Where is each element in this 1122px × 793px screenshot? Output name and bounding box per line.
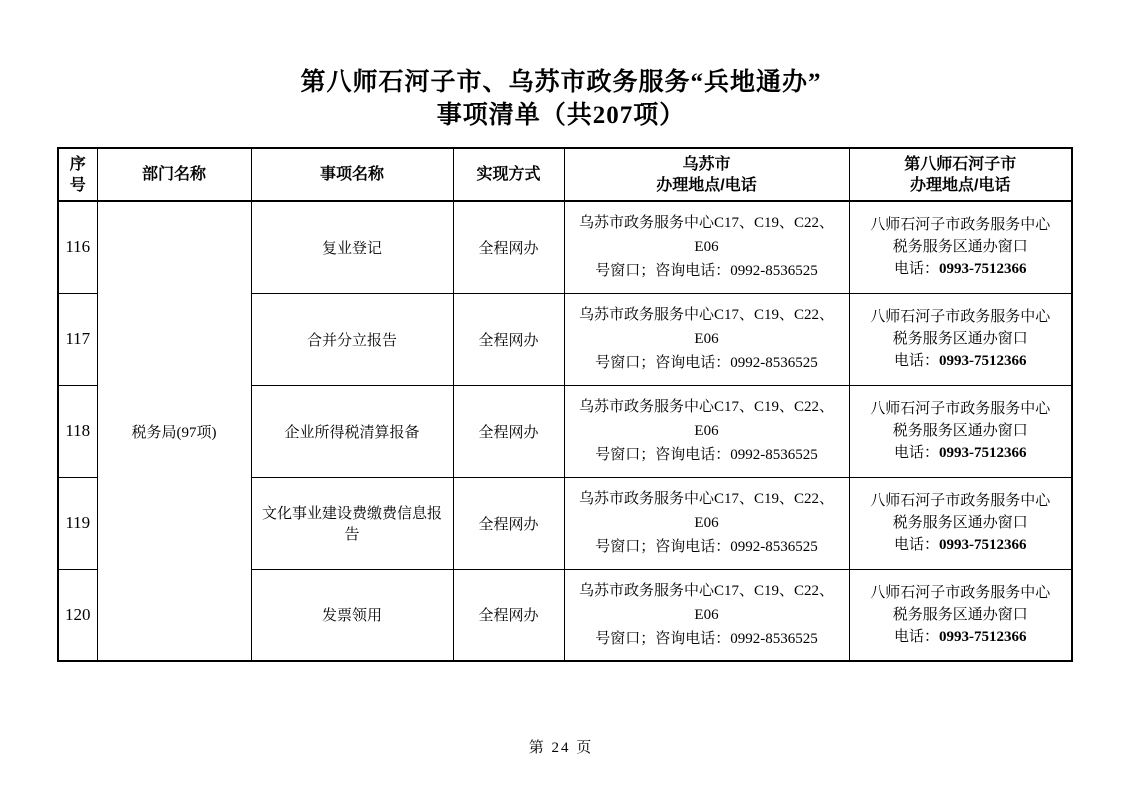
shihezi-line3: 电话：0993-7512366 <box>854 350 1068 372</box>
item-name-cell: 合并分立报告 <box>251 293 453 385</box>
column-header-shihezi-line1: 第八师石河子市 <box>854 154 1068 175</box>
shihezi-line1: 八师石河子市政务服务中心 <box>854 490 1068 512</box>
page-title-line1: 第八师石河子市、乌苏市政务服务“兵地通办” <box>0 66 1122 99</box>
wusu-line2: 号窗口；咨询电话：0992-8536525 <box>569 351 845 375</box>
method-cell: 全程网办 <box>453 477 564 569</box>
shihezi-line2: 税务服务区通办窗口 <box>854 512 1068 534</box>
shihezi-line2: 税务服务区通办窗口 <box>854 420 1068 442</box>
shihezi-line3: 电话：0993-7512366 <box>854 626 1068 648</box>
wusu-location-cell: 乌苏市政务服务中心C17、C19、C22、E06 号窗口；咨询电话：0992-8… <box>564 569 849 661</box>
document-page: 第八师石河子市、乌苏市政务服务“兵地通办” 事项清单（共207项） 序号 部门名… <box>0 0 1122 793</box>
shihezi-location-cell: 八师石河子市政务服务中心 税务服务区通办窗口 电话：0993-7512366 <box>849 293 1072 385</box>
wusu-line2: 号窗口；咨询电话：0992-8536525 <box>569 259 845 283</box>
page-title-line2: 事项清单（共207项） <box>0 99 1122 132</box>
wusu-line1: 乌苏市政务服务中心C17、C19、C22、E06 <box>569 579 845 627</box>
phone-number: 0993-7512366 <box>939 261 1027 277</box>
row-index: 117 <box>58 293 97 385</box>
method-cell: 全程网办 <box>453 385 564 477</box>
column-header-shihezi: 第八师石河子市 办理地点/电话 <box>849 148 1072 201</box>
row-index: 118 <box>58 385 97 477</box>
column-header-department: 部门名称 <box>97 148 251 201</box>
phone-label: 电话： <box>894 629 939 645</box>
wusu-line1: 乌苏市政务服务中心C17、C19、C22、E06 <box>569 211 845 259</box>
phone-label: 电话： <box>894 445 939 461</box>
phone-number: 0993-7512366 <box>939 629 1027 645</box>
wusu-location-cell: 乌苏市政务服务中心C17、C19、C22、E06 号窗口；咨询电话：0992-8… <box>564 201 849 293</box>
wusu-line2: 号窗口；咨询电话：0992-8536525 <box>569 535 845 559</box>
table-row: 116 税务局(97项) 复业登记 全程网办 乌苏市政务服务中心C17、C19、… <box>58 201 1072 293</box>
wusu-location-cell: 乌苏市政务服务中心C17、C19、C22、E06 号窗口；咨询电话：0992-8… <box>564 477 849 569</box>
shihezi-location-cell: 八师石河子市政务服务中心 税务服务区通办窗口 电话：0993-7512366 <box>849 385 1072 477</box>
shihezi-line2: 税务服务区通办窗口 <box>854 604 1068 626</box>
phone-label: 电话： <box>894 261 939 277</box>
item-name-cell: 发票领用 <box>251 569 453 661</box>
department-cell: 税务局(97项) <box>97 201 251 661</box>
shihezi-line1: 八师石河子市政务服务中心 <box>854 398 1068 420</box>
column-header-wusu-line1: 乌苏市 <box>569 154 845 175</box>
column-header-index: 序号 <box>58 148 97 201</box>
wusu-line1: 乌苏市政务服务中心C17、C19、C22、E06 <box>569 487 845 535</box>
phone-number: 0993-7512366 <box>939 445 1027 461</box>
page-title: 第八师石河子市、乌苏市政务服务“兵地通办” 事项清单（共207项） <box>0 66 1122 132</box>
wusu-line1: 乌苏市政务服务中心C17、C19、C22、E06 <box>569 395 845 443</box>
method-cell: 全程网办 <box>453 569 564 661</box>
page-footer: 第 24 页 <box>0 736 1122 757</box>
shihezi-line1: 八师石河子市政务服务中心 <box>854 214 1068 236</box>
column-header-method: 实现方式 <box>453 148 564 201</box>
shihezi-line1: 八师石河子市政务服务中心 <box>854 582 1068 604</box>
shihezi-location-cell: 八师石河子市政务服务中心 税务服务区通办窗口 电话：0993-7512366 <box>849 569 1072 661</box>
method-cell: 全程网办 <box>453 201 564 293</box>
phone-label: 电话： <box>894 537 939 553</box>
shihezi-line1: 八师石河子市政务服务中心 <box>854 306 1068 328</box>
column-header-wusu-line2: 办理地点/电话 <box>569 175 845 196</box>
shihezi-line3: 电话：0993-7512366 <box>854 442 1068 464</box>
shihezi-line3: 电话：0993-7512366 <box>854 258 1068 280</box>
table-header-row: 序号 部门名称 事项名称 实现方式 乌苏市 办理地点/电话 第八师石河子市 办理… <box>58 148 1072 201</box>
column-header-item: 事项名称 <box>251 148 453 201</box>
row-index: 116 <box>58 201 97 293</box>
wusu-line2: 号窗口；咨询电话：0992-8536525 <box>569 627 845 651</box>
service-items-table: 序号 部门名称 事项名称 实现方式 乌苏市 办理地点/电话 第八师石河子市 办理… <box>57 147 1073 662</box>
shihezi-line2: 税务服务区通办窗口 <box>854 236 1068 258</box>
shihezi-line3: 电话：0993-7512366 <box>854 534 1068 556</box>
item-name-cell: 复业登记 <box>251 201 453 293</box>
item-name-cell: 企业所得税清算报备 <box>251 385 453 477</box>
item-name-cell: 文化事业建设费缴费信息报告 <box>251 477 453 569</box>
shihezi-line2: 税务服务区通办窗口 <box>854 328 1068 350</box>
method-cell: 全程网办 <box>453 293 564 385</box>
phone-label: 电话： <box>894 353 939 369</box>
column-header-shihezi-line2: 办理地点/电话 <box>854 175 1068 196</box>
shihezi-location-cell: 八师石河子市政务服务中心 税务服务区通办窗口 电话：0993-7512366 <box>849 477 1072 569</box>
wusu-line1: 乌苏市政务服务中心C17、C19、C22、E06 <box>569 303 845 351</box>
phone-number: 0993-7512366 <box>939 353 1027 369</box>
wusu-location-cell: 乌苏市政务服务中心C17、C19、C22、E06 号窗口；咨询电话：0992-8… <box>564 293 849 385</box>
wusu-location-cell: 乌苏市政务服务中心C17、C19、C22、E06 号窗口；咨询电话：0992-8… <box>564 385 849 477</box>
column-header-wusu: 乌苏市 办理地点/电话 <box>564 148 849 201</box>
wusu-line2: 号窗口；咨询电话：0992-8536525 <box>569 443 845 467</box>
shihezi-location-cell: 八师石河子市政务服务中心 税务服务区通办窗口 电话：0993-7512366 <box>849 201 1072 293</box>
row-index: 120 <box>58 569 97 661</box>
phone-number: 0993-7512366 <box>939 537 1027 553</box>
row-index: 119 <box>58 477 97 569</box>
